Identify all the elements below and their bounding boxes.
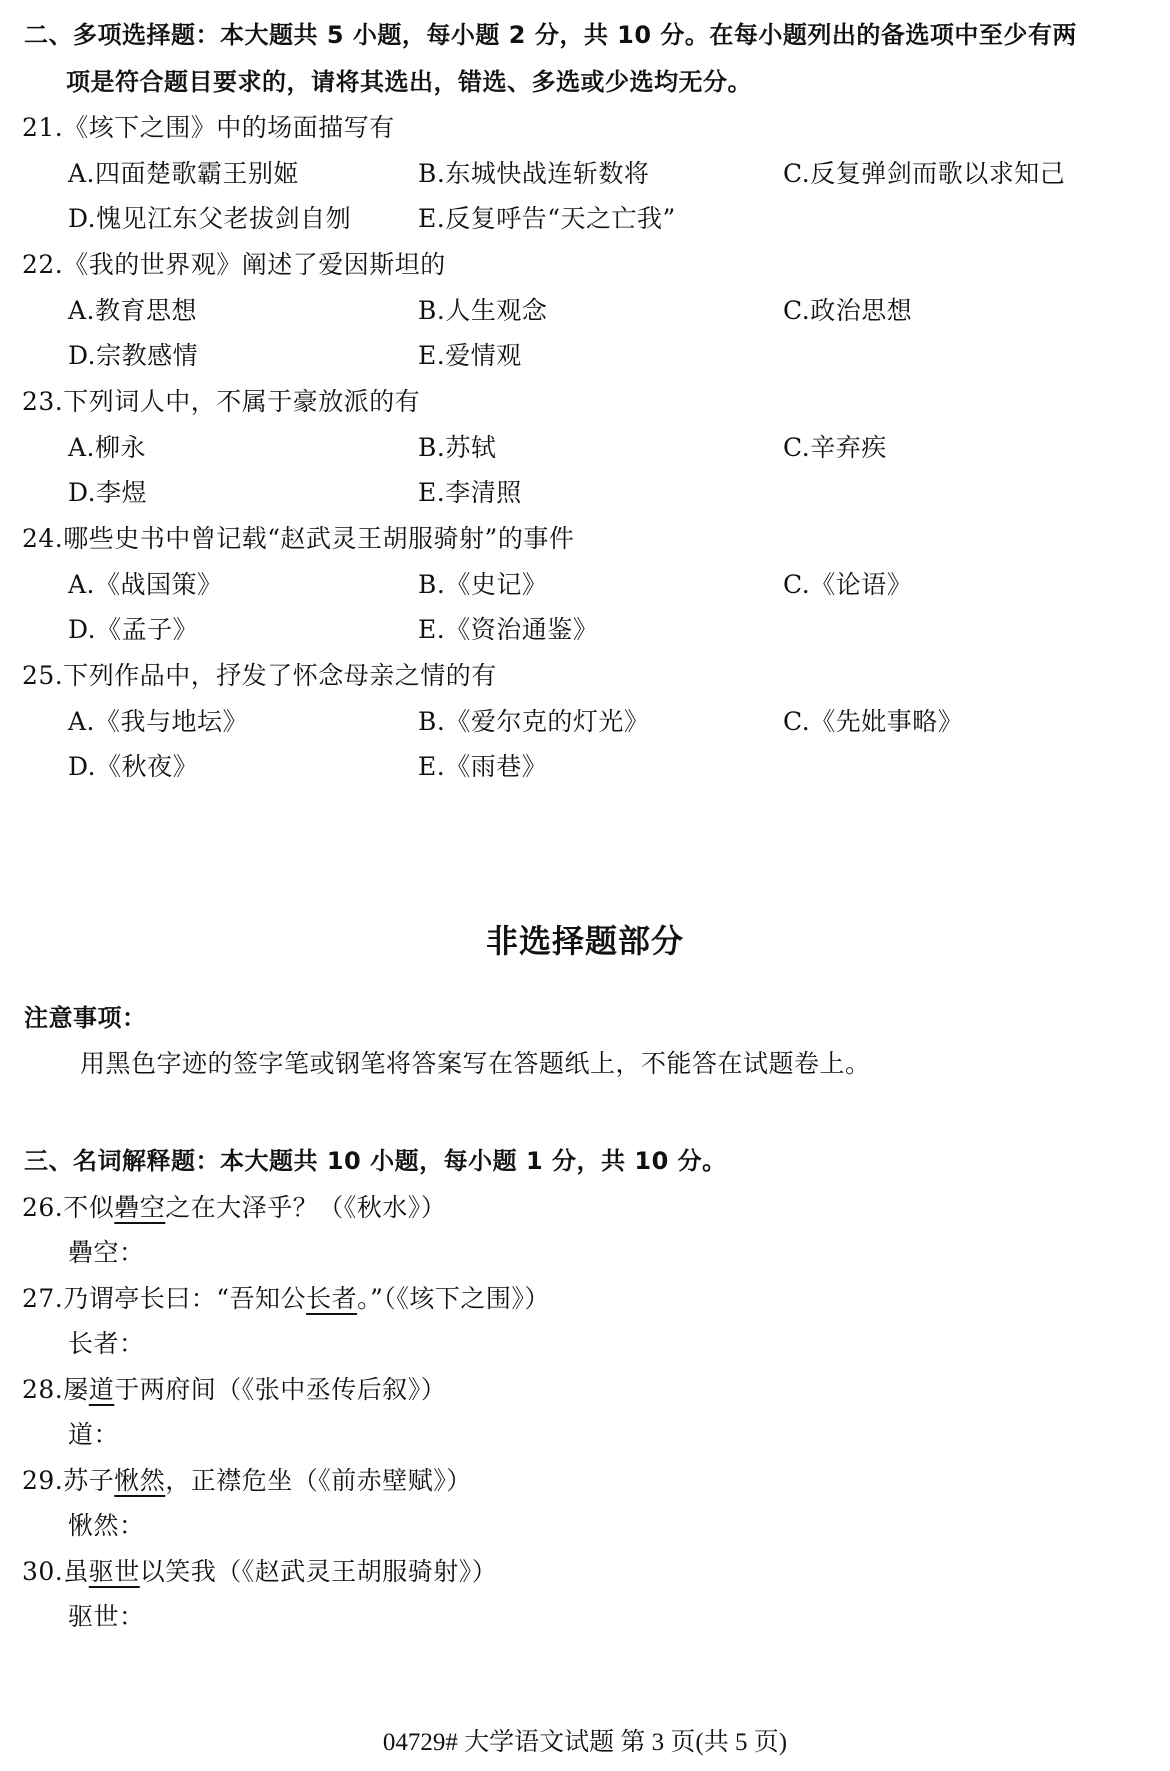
question-text-before: 虽	[63, 1557, 89, 1586]
option-24-c: C.《论语》	[783, 570, 912, 600]
option-25-b: B.《爱尔克的灯光》	[418, 707, 649, 737]
option-text: 人生观念	[445, 296, 547, 325]
option-label: A.	[68, 570, 95, 599]
option-text: 《我与地坛》	[95, 707, 248, 736]
option-25-a: A.《我与地坛》	[68, 707, 248, 737]
question-26: 26.不似礨空之在大泽乎？（《秋水》）	[22, 1193, 446, 1223]
question-27: 27.乃谓亭长曰：“吾知公长者。”（《垓下之围》）	[22, 1284, 550, 1314]
underlined-term: 道	[89, 1375, 115, 1404]
question-stem: 哪些史书中曾记载“赵武灵王胡服骑射”的事件	[63, 524, 574, 553]
option-label: E.	[418, 478, 445, 507]
question-number: 30.	[22, 1557, 63, 1586]
question-number: 24.	[22, 524, 63, 553]
option-21-e: E.反复呼告“天之亡我”	[418, 204, 676, 234]
option-text: 四面楚歌霸王别姬	[95, 159, 299, 188]
option-24-b: B.《史记》	[418, 570, 547, 600]
option-label: B.	[418, 296, 445, 325]
underlined-term: 礨空	[114, 1193, 165, 1222]
page-footer: 04729# 大学语文试题 第 3 页(共 5 页)	[0, 1728, 1170, 1758]
question-21: 21.《垓下之围》中的场面描写有	[22, 113, 395, 143]
section2-heading-line2: 项是符合题目要求的，请将其选出，错选、多选或少选均无分。	[66, 67, 752, 97]
option-label: E.	[418, 615, 445, 644]
option-22-a: A.教育思想	[68, 296, 197, 326]
option-label: E.	[418, 341, 445, 370]
question-25: 25.下列作品中，抒发了怀念母亲之情的有	[22, 661, 497, 691]
notice-body: 用黑色字迹的签字笔或钢笔将答案写在答题纸上，不能答在试题卷上。	[80, 1049, 871, 1079]
option-24-a: A.《战国策》	[68, 570, 223, 600]
option-text: 宗教感情	[96, 341, 198, 370]
question-30: 30.虽驱世以笑我（《赵武灵王胡服骑射》）	[22, 1557, 497, 1587]
option-text: 东城快战连斩数将	[445, 159, 649, 188]
question-text-after: 于两府间（《张中丞传后叙》）	[114, 1375, 446, 1404]
option-label: A.	[68, 159, 95, 188]
question-text-before: 苏子	[63, 1466, 114, 1495]
underlined-term: 愀然	[114, 1466, 165, 1495]
question-23: 23.下列词人中，不属于豪放派的有	[22, 387, 420, 417]
option-text: 《孟子》	[96, 615, 198, 644]
option-text: 李煜	[96, 478, 147, 507]
option-text: 柳永	[95, 433, 146, 462]
answer-label-26: 礨空：	[68, 1238, 145, 1268]
answer-label-27: 长者：	[68, 1329, 145, 1359]
option-24-d: D.《孟子》	[68, 615, 198, 645]
option-21-c: C.反复弹剑而歌以求知己	[783, 159, 1065, 189]
option-text: 爱情观	[445, 341, 522, 370]
option-22-b: B.人生观念	[418, 296, 547, 326]
question-28: 28.屡道于两府间（《张中丞传后叙》）	[22, 1375, 446, 1405]
option-label: D.	[68, 341, 96, 370]
question-number: 23.	[22, 387, 63, 416]
option-label: C.	[783, 707, 810, 736]
option-22-e: E.爱情观	[418, 341, 522, 371]
option-label: E.	[418, 752, 445, 781]
option-label: A.	[68, 433, 95, 462]
question-stem: 下列作品中，抒发了怀念母亲之情的有	[63, 661, 497, 690]
option-21-a: A.四面楚歌霸王别姬	[68, 159, 299, 189]
option-text: 《秋夜》	[96, 752, 198, 781]
question-stem: 《我的世界观》阐述了爱因斯坦的	[63, 250, 446, 279]
question-text-before: 乃谓亭长曰：“吾知公	[63, 1284, 306, 1313]
option-text: 反复弹剑而歌以求知己	[810, 159, 1065, 188]
option-text: 《战国策》	[95, 570, 223, 599]
option-label: D.	[68, 752, 96, 781]
option-text: 《爱尔克的灯光》	[445, 707, 649, 736]
option-22-d: D.宗教感情	[68, 341, 198, 371]
question-text-before: 屡	[63, 1375, 89, 1404]
option-label: D.	[68, 204, 96, 233]
option-label: C.	[783, 159, 810, 188]
question-stem: 下列词人中，不属于豪放派的有	[63, 387, 420, 416]
option-25-d: D.《秋夜》	[68, 752, 198, 782]
question-22: 22.《我的世界观》阐述了爱因斯坦的	[22, 250, 446, 280]
option-23-a: A.柳永	[68, 433, 146, 463]
question-number: 29.	[22, 1466, 63, 1495]
answer-label-28: 道：	[68, 1420, 119, 1450]
option-23-c: C.辛弃疾	[783, 433, 887, 463]
option-text: 李清照	[445, 478, 522, 507]
question-number: 25.	[22, 661, 63, 690]
question-29: 29.苏子愀然，正襟危坐（《前赤壁赋》）	[22, 1466, 472, 1496]
question-text-before: 不似	[63, 1193, 114, 1222]
answer-label-29: 愀然：	[68, 1511, 145, 1541]
question-stem: 《垓下之围》中的场面描写有	[63, 113, 395, 142]
option-label: A.	[68, 296, 95, 325]
option-label: D.	[68, 615, 96, 644]
option-21-d: D.愧见江东父老拔剑自刎	[68, 204, 351, 234]
option-25-e: E.《雨巷》	[418, 752, 547, 782]
option-text: 苏轼	[445, 433, 496, 462]
notice-title: 注意事项：	[24, 1003, 147, 1033]
underlined-term: 长者	[306, 1284, 357, 1313]
option-label: B.	[418, 159, 445, 188]
section2-heading-line1: 二、多项选择题：本大题共 5 小题，每小题 2 分，共 10 分。在每小题列出的…	[24, 20, 1077, 50]
option-label: C.	[783, 296, 810, 325]
option-label: C.	[783, 433, 810, 462]
option-text: 教育思想	[95, 296, 197, 325]
option-24-e: E.《资治通鉴》	[418, 615, 598, 645]
option-text: 《先妣事略》	[810, 707, 963, 736]
option-23-d: D.李煜	[68, 478, 147, 508]
question-text-after: 。”（《垓下之围》）	[357, 1284, 550, 1313]
part-title: 非选择题部分	[0, 921, 1170, 961]
question-24: 24.哪些史书中曾记载“赵武灵王胡服骑射”的事件	[22, 524, 574, 554]
option-label: D.	[68, 478, 96, 507]
question-number: 27.	[22, 1284, 63, 1313]
option-text: 《史记》	[445, 570, 547, 599]
question-text-after: ，正襟危坐（《前赤壁赋》）	[165, 1466, 472, 1495]
question-text-after: 以笑我（《赵武灵王胡服骑射》）	[140, 1557, 498, 1586]
exam-page: 二、多项选择题：本大题共 5 小题，每小题 2 分，共 10 分。在每小题列出的…	[0, 0, 1170, 1771]
question-number: 28.	[22, 1375, 63, 1404]
section3-heading: 三、名词解释题：本大题共 10 小题，每小题 1 分，共 10 分。	[24, 1146, 727, 1176]
question-number: 26.	[22, 1193, 63, 1222]
option-text: 辛弃疾	[810, 433, 887, 462]
option-text: 《雨巷》	[445, 752, 547, 781]
option-label: A.	[68, 707, 95, 736]
option-text: 愧见江东父老拔剑自刎	[96, 204, 351, 233]
question-text-after: 之在大泽乎？（《秋水》）	[165, 1193, 446, 1222]
option-23-e: E.李清照	[418, 478, 522, 508]
option-25-c: C.《先妣事略》	[783, 707, 963, 737]
option-text: 政治思想	[810, 296, 912, 325]
underlined-term: 驱世	[89, 1557, 140, 1586]
option-23-b: B.苏轼	[418, 433, 496, 463]
question-number: 22.	[22, 250, 63, 279]
option-text: 《资治通鉴》	[445, 615, 598, 644]
option-text: 反复呼告“天之亡我”	[445, 204, 676, 233]
answer-label-30: 驱世：	[68, 1602, 145, 1632]
question-number: 21.	[22, 113, 63, 142]
option-label: B.	[418, 433, 445, 462]
option-label: B.	[418, 707, 445, 736]
option-22-c: C.政治思想	[783, 296, 912, 326]
option-text: 《论语》	[810, 570, 912, 599]
option-label: E.	[418, 204, 445, 233]
option-label: B.	[418, 570, 445, 599]
option-21-b: B.东城快战连斩数将	[418, 159, 649, 189]
option-label: C.	[783, 570, 810, 599]
